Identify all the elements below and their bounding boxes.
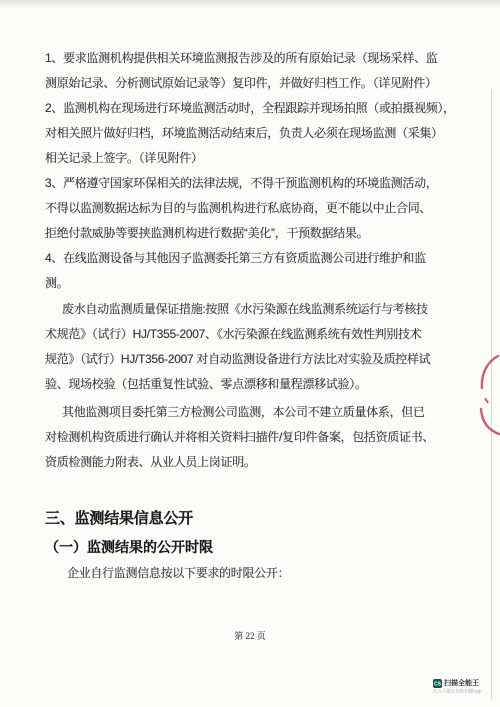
red-stamp-mark-icon [472, 352, 500, 438]
body-line: 2、监测机构在现场进行环境监测活动时，全程跟踪并现场拍照（或拍摄视频）， [45, 96, 477, 121]
camscanner-badge-icon: CS [433, 679, 442, 688]
body-line: 测原始记录、分析测试原始记录等）复印件，并做好归档工作。（详见附件） [45, 71, 477, 96]
body-line: 3、严格遵守国家环保相关的法律法规，不得干预监测机构的环境监测活动， [45, 171, 477, 196]
body-line: 废水自动监测质量保证措施:按照《水污染源在线监测系统运行与考核技 [45, 297, 477, 322]
scanned-document-page: 1、要求监测机构提供相关环境监测报告涉及的所有原始记录（现场采样、监 测原始记录… [0, 0, 500, 707]
body-line: 其他监测项目委托第三方检测公司监测，本公司不建立质量体系，但已 [45, 400, 477, 425]
body-line: 企业自行监测信息按以下要求的时限公开： [45, 561, 477, 586]
third-party-paragraph: 其他监测项目委托第三方检测公司监测，本公司不建立质量体系，但已 对检测机构资质进… [45, 400, 477, 475]
scan-top-shadow [0, 0, 500, 8]
body-line: 验、现场校验（包括重复性试验、零点漂移和量程漂移试验）。 [45, 372, 477, 397]
camscanner-watermark: CS 扫描全能王 亿万人都在用的扫描App [430, 676, 496, 696]
numbered-items-block: 1、要求监测机构提供相关环境监测报告涉及的所有原始记录（现场采样、监 测原始记录… [45, 46, 477, 296]
body-line: 对相关照片做好归档，环境监测活动结束后，负责人必须在现场监测（采集） [45, 121, 477, 146]
section-heading: 三、监测结果信息公开 [45, 506, 193, 531]
body-line: 测。 [45, 271, 477, 296]
body-line: 4、在线监测设备与其他因子监测委托第三方有资质监测公司进行维护和监 [45, 246, 477, 271]
body-line: 1、要求监测机构提供相关环境监测报告涉及的所有原始记录（现场采样、监 [45, 46, 477, 71]
body-line: 规范》（试行）HJ/T356-2007 对自动监测设备进行方法比对实验及质控样试 [45, 347, 477, 372]
footer-page-number: 第 22 页 [0, 629, 500, 642]
body-line: 不得以监测数据达标为目的与监测机构进行私底协商，更不能以中止合同、 [45, 196, 477, 221]
badge-letters: CS [434, 681, 442, 687]
body-line: 术规范》（试行）HJ/T355-2007、《水污染源在线监测系统有效性判别技术 [45, 322, 477, 347]
body-line: 资质检测能力附表、从业人员上岗证明。 [45, 450, 477, 475]
watermark-tagline: 亿万人都在用的扫描App [433, 690, 482, 693]
body-line: 相关记录上签字。（详见附件） [45, 146, 477, 171]
subsection-heading: （一）监测结果的公开时限 [45, 535, 213, 560]
intro-paragraph: 企业自行监测信息按以下要求的时限公开： [45, 561, 477, 586]
body-line: 对检测机构资质进行确认并将相关资料扫描件/复印件备案，包括资质证书、 [45, 425, 477, 450]
body-line: 拒绝付款威胁等要挟监测机构进行数据“美化”，干预数据结果。 [45, 221, 477, 246]
wastewater-qa-paragraph: 废水自动监测质量保证措施:按照《水污染源在线监测系统运行与考核技 术规范》（试行… [45, 297, 477, 397]
watermark-brand-text: 扫描全能王 [444, 678, 479, 688]
